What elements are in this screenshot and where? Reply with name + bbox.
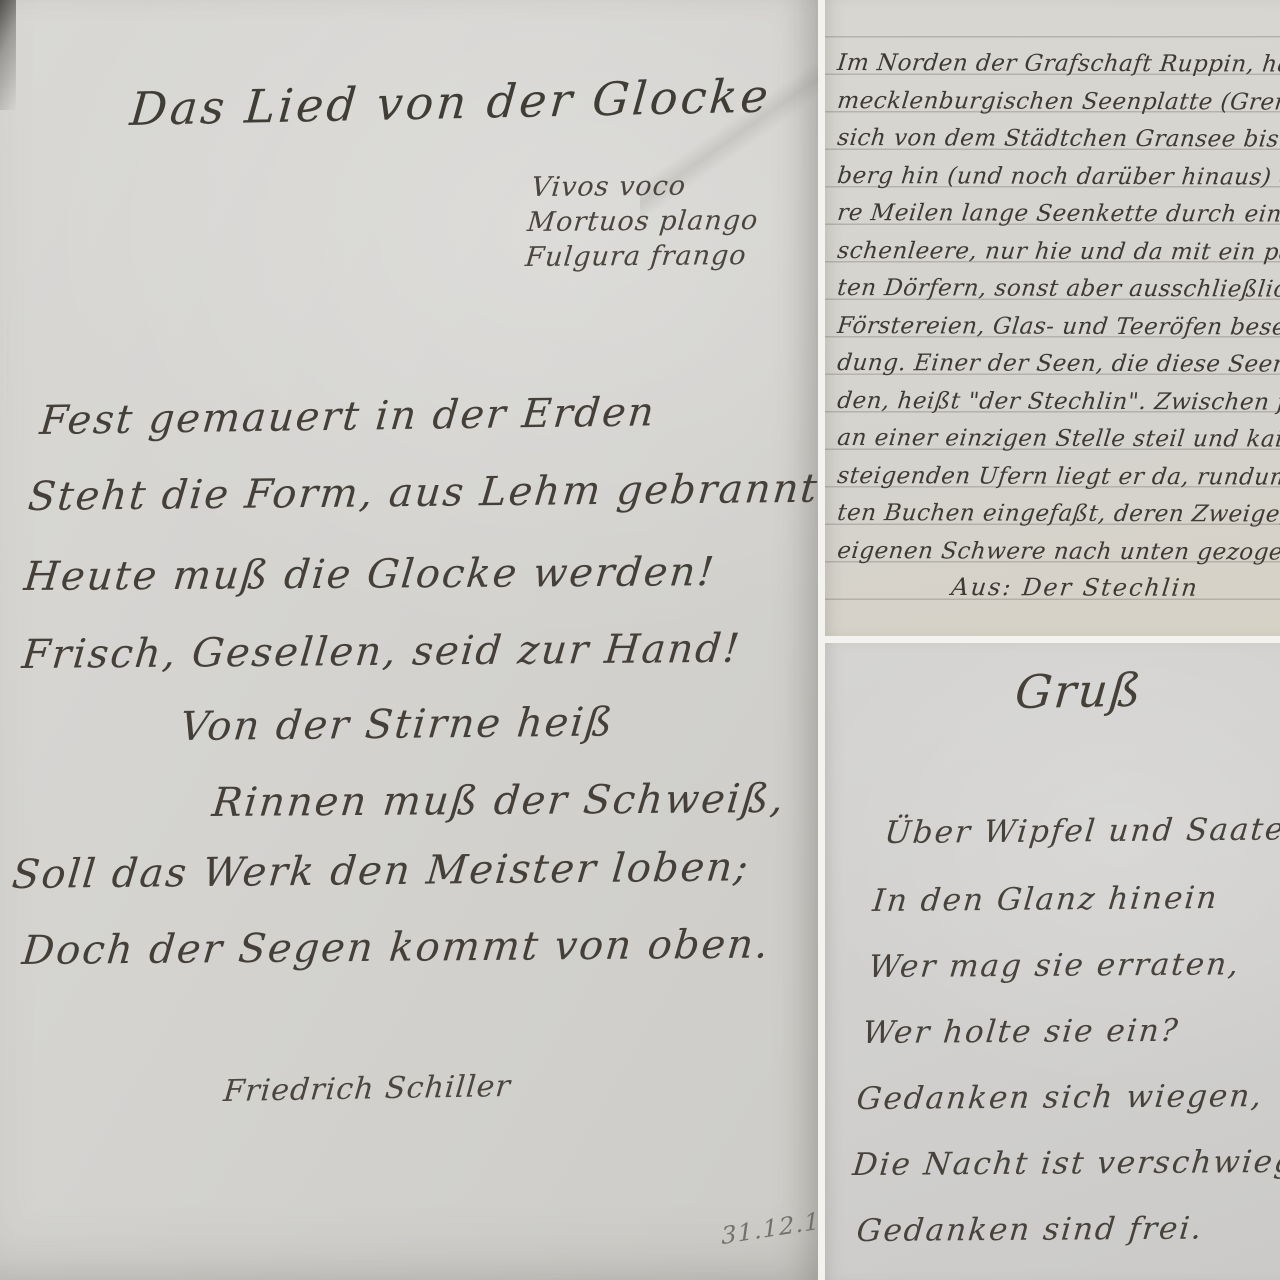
gruss-line: Wer holte sie ein? <box>861 1013 1181 1051</box>
page-corner-shadow <box>0 0 16 110</box>
motto-line: Fulgura frango <box>524 240 748 273</box>
gruss-line: Gedanken sich wiegen, <box>855 1078 1265 1117</box>
handwriting-photo-collage: Das Lied von der Glocke Vivos voco Mortu… <box>0 0 1280 1280</box>
prose-line: steigenden Ufern liegt er da, rundum <box>836 463 1280 491</box>
left-page-photo: Das Lied von der Glocke Vivos voco Mortu… <box>0 0 818 1280</box>
poem-line: Soll das Werk den Meister loben; <box>10 844 752 898</box>
poem-line: Rinnen muß der Schweiß, <box>210 776 787 826</box>
bottom-right-page-photo: Gruß Über Wipfel und Saaten In den Glanz… <box>825 643 1280 1280</box>
poem-line: Von der Stirne heiß <box>178 699 616 750</box>
prose-line: eigenen Schwere nach unten gezogen, <box>836 538 1280 566</box>
source-attribution: Aus: Der Stechlin <box>950 573 1200 602</box>
poem-line: Doch der Segen kommt von oben. <box>20 921 772 974</box>
gruss-line: Die Nacht ist verschwiegen, <box>851 1144 1280 1183</box>
prose-line: mecklenburgischen Seenplatte (Grenze), z <box>836 88 1280 116</box>
top-right-page-photo: Im Norden der Grafschaft Ruppin, hart a … <box>825 0 1280 636</box>
prose-line: berg hin (und noch darüber hinaus) eine <box>836 163 1280 191</box>
prose-line: re Meilen lange Seenkette durch eine m <box>836 200 1280 228</box>
prose-line: den, heißt "der Stechlin". Zwischen flac… <box>836 388 1280 416</box>
poem-line: Fest gemauert in der Erden <box>38 389 658 444</box>
date-annotation: 31.12.14 <box>721 1204 818 1250</box>
prose-line: dung. Einer der Seen, die diese Seenket <box>836 350 1280 378</box>
gruss-title: Gruß <box>1013 663 1145 719</box>
prose-line: an einer einzigen Stelle steil und kaia <box>836 425 1280 453</box>
motto-line: Vivos voco <box>530 171 688 203</box>
motto-line: Mortuos plango <box>526 205 760 238</box>
poem-line: Heute muß die Glocke werden! <box>22 549 718 600</box>
prose-line: schenleere, nur hie und da mit ein pa <box>836 238 1280 266</box>
prose-line: ten Buchen eingefaßt, deren Zweige, v <box>836 500 1280 528</box>
poem-line: Steht die Form, aus Lehm gebrannt. <box>26 466 818 520</box>
prose-line: sich von dem Städtchen Gransee bis na <box>836 125 1280 153</box>
author-signature: Friedrich Schiller <box>222 1069 512 1109</box>
poem-line: Frisch, Gesellen, seid zur Hand! <box>20 626 743 678</box>
prose-line: ten Dörfern, sonst aber ausschließlich m <box>836 275 1280 303</box>
gruss-line: Über Wipfel und Saaten <box>883 811 1280 851</box>
prose-line: Im Norden der Grafschaft Ruppin, hart a <box>836 50 1280 78</box>
gruss-line: In den Glanz hinein <box>871 880 1220 919</box>
gruss-line: Gedanken sind frei. <box>855 1211 1205 1249</box>
gruss-line: Wer mag sie erraten, <box>867 946 1242 985</box>
prose-line: Förstereien, Glas- und Teeröfen besetzte <box>836 313 1280 341</box>
